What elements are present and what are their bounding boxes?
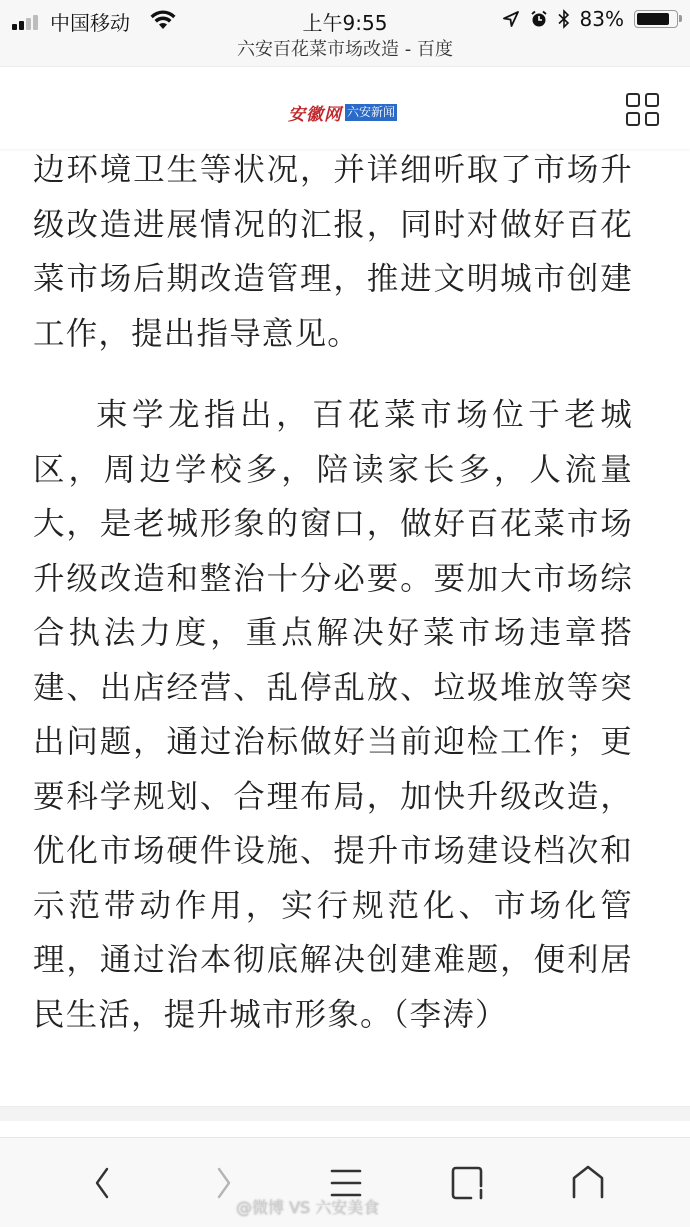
chevron-right-icon	[214, 1166, 234, 1200]
logo-badge: 六安新闻	[345, 104, 397, 121]
article-paragraph: 边环境卫生等状况，并详细听取了市场升级改造进展情况的汇报，同时对做好百花菜市场后…	[33, 143, 633, 361]
home-button[interactable]	[558, 1138, 618, 1227]
status-bar: 中国移动 上午9:55 83%	[0, 4, 690, 34]
site-logo[interactable]: 安徽网 六安新闻	[288, 100, 397, 125]
chevron-left-icon	[92, 1166, 112, 1200]
battery-icon	[634, 10, 678, 28]
tabs-icon	[449, 1164, 487, 1202]
logo-text: 安徽网	[288, 100, 342, 125]
tabs-button[interactable]	[438, 1138, 498, 1227]
bluetooth-icon	[558, 9, 570, 29]
status-right: 83%	[502, 7, 678, 31]
article-body: 边环境卫生等状况，并详细听取了市场升级改造进展情况的汇报，同时对做好百花菜市场后…	[33, 143, 633, 1042]
weibo-watermark: @微博 VS 六安美食	[236, 1195, 379, 1218]
status-area: 中国移动 上午9:55 83% 六安百花菜市场改造 - 百度	[0, 0, 690, 66]
article-paragraph: 束学龙指出，百花菜市场位于老城区，周边学校多，陪读家长多，人流量大，是老城形象的…	[33, 388, 633, 1042]
back-button[interactable]	[72, 1138, 132, 1227]
battery-percent: 83%	[580, 7, 624, 31]
site-header: 安徽网 六安新闻	[0, 66, 690, 149]
location-arrow-icon	[502, 10, 520, 28]
section-divider	[0, 1106, 690, 1121]
grid-menu-icon[interactable]	[626, 93, 660, 127]
page-url-title[interactable]: 六安百花菜市场改造 - 百度	[0, 35, 690, 61]
home-icon	[568, 1163, 608, 1203]
alarm-icon	[530, 10, 548, 28]
